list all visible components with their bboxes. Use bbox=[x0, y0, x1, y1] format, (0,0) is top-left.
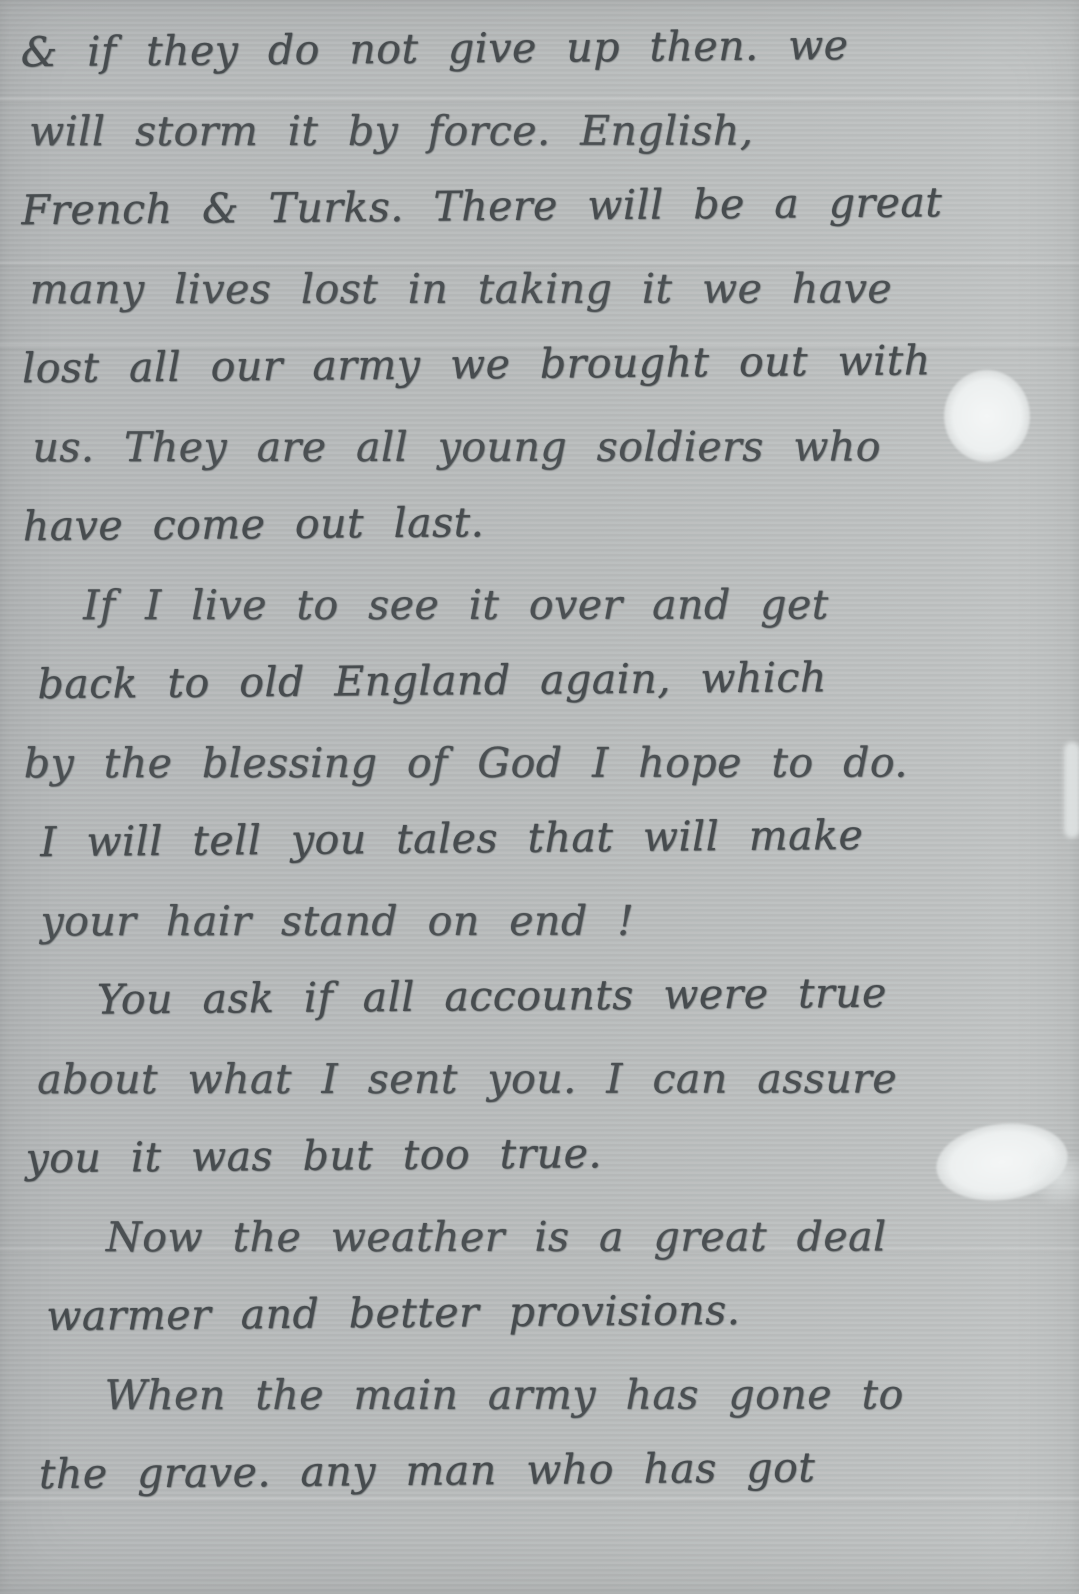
letter-line-8: If I live to see it over and get bbox=[23, 564, 1070, 644]
letter-line-12: your hair stand on end ! bbox=[25, 880, 1072, 960]
paper-hole bbox=[944, 370, 1030, 462]
letter-line-14: about what I sent you. I can assure bbox=[25, 1038, 1072, 1118]
letter-line-19: the grave. any man who has got bbox=[27, 1425, 1075, 1513]
letter-line-2: will storm it by force. English, bbox=[21, 90, 1068, 170]
letter-line-9: back to old England again, which bbox=[23, 635, 1071, 723]
letter-line-18: When the main army has gone to bbox=[27, 1354, 1074, 1434]
letter-line-5: lost all our army we brought out with bbox=[22, 319, 1070, 407]
letter-line-7: have come out last. bbox=[22, 477, 1070, 565]
letter-line-11: I will tell you tales that will make bbox=[24, 793, 1072, 881]
letter-page: & if they do not give up then. we will s… bbox=[0, 0, 1079, 1594]
letter-line-3: French & Turks. There will be a great bbox=[21, 161, 1069, 249]
letter-line-13: You ask if all accounts were true bbox=[25, 951, 1073, 1039]
paper-tear bbox=[1064, 742, 1079, 838]
letter-line-4: many lives lost in taking it we have bbox=[22, 248, 1069, 328]
letter-line-17: warmer and better provisions. bbox=[26, 1267, 1074, 1355]
letter-line-10: by the blessing of God I hope to do. bbox=[24, 722, 1071, 802]
letter-line-16: Now the weather is a great deal bbox=[26, 1196, 1073, 1276]
letter-line-1: & if they do not give up then. we bbox=[20, 3, 1068, 91]
letter-line-6: us. They are all young soldiers who bbox=[22, 406, 1069, 486]
letter-line-15: you it was but too true. bbox=[25, 1109, 1073, 1197]
letter-body: & if they do not give up then. we will s… bbox=[0, 0, 1079, 1594]
